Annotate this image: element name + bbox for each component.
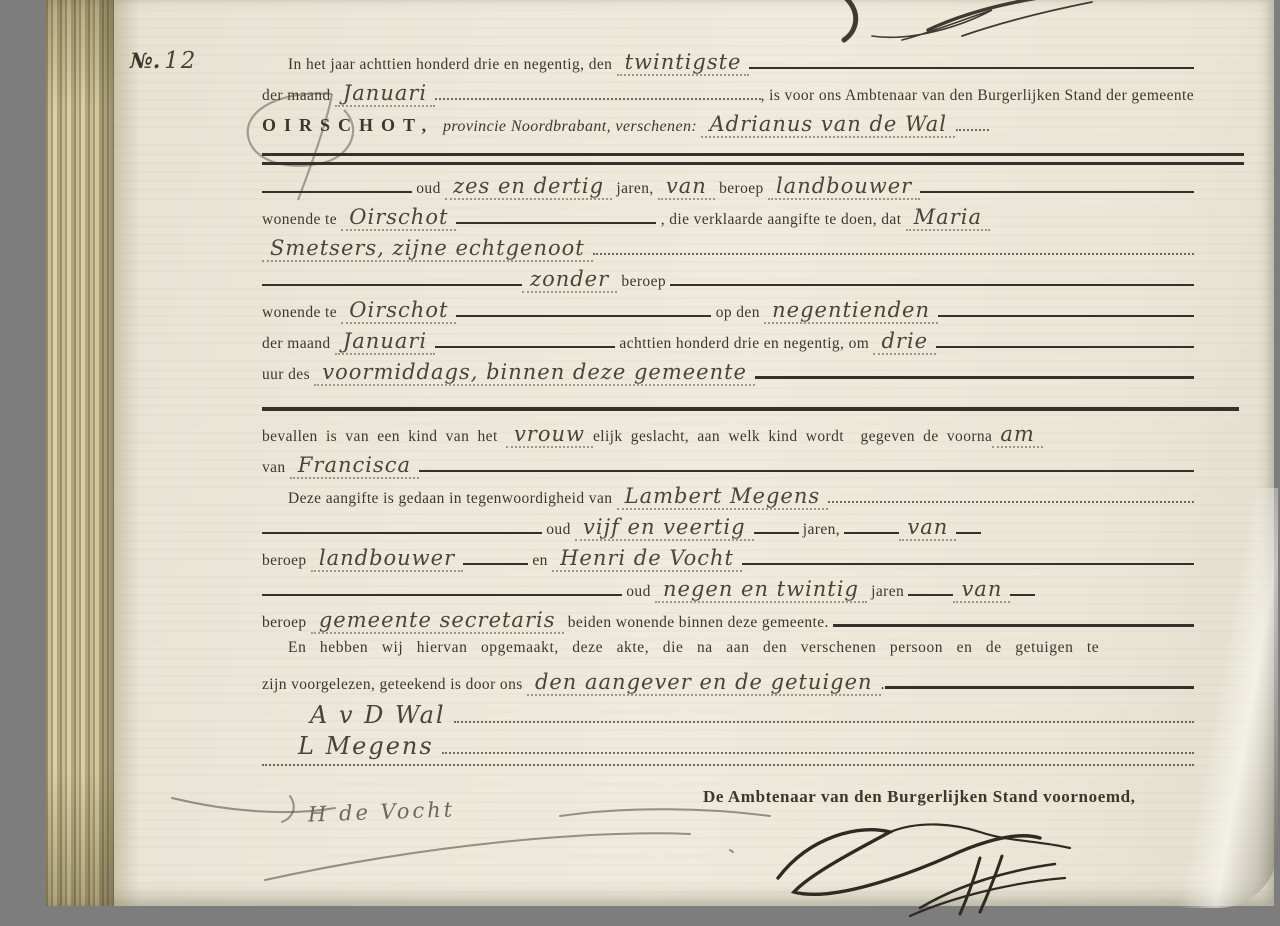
blank-fill	[938, 314, 1194, 317]
handwritten-entry: Francisca	[290, 453, 419, 479]
act-line: Smetsers, zijne echtgenoot	[262, 236, 1194, 267]
blank-fill	[456, 221, 656, 224]
printed-text: der maand	[262, 335, 335, 353]
blank-fill	[956, 531, 981, 534]
printed-text-italic: provincie Noordbrabant, verschenen:	[434, 118, 701, 136]
handwritten-entry: zonder	[522, 267, 617, 293]
act-line: der maand Januari achttien honderd drie …	[262, 329, 1194, 360]
printed-text: , die verklaarde aangifte te doen, dat	[656, 211, 905, 229]
handwritten-entry: negen en twintig	[655, 577, 867, 603]
act-number: №. 12	[130, 48, 197, 74]
dotted-fill	[442, 751, 1194, 754]
dotted-fill	[828, 500, 1194, 503]
blank-fill	[742, 562, 1194, 565]
handwritten-entry: Henri de Vocht	[552, 546, 742, 572]
printed-text: Deze aangifte is gedaan in tegenwoordigh…	[288, 490, 617, 508]
handwritten-entry: den aangever en de getuigen	[527, 670, 881, 696]
act-line: OIRSCHOT, provincie Noordbrabant, versch…	[262, 112, 1194, 143]
dotted-fill	[593, 252, 1194, 255]
printed-text: oud	[412, 180, 445, 198]
signature-text: L Megens	[290, 732, 442, 760]
dotted-fill	[959, 128, 989, 131]
printed-text: .	[955, 118, 959, 136]
act-line: zijn voorgelezen, geteekend is door ons …	[262, 670, 1194, 701]
blank-fill	[908, 593, 953, 596]
act-line: der maand Januari, is voor ons Ambtenaar…	[262, 81, 1194, 112]
handwritten-entry: gemeente secretaris	[311, 608, 564, 634]
blank-fill	[754, 531, 799, 534]
act-line: En hebben wij hiervan opgemaakt, deze ak…	[262, 639, 1194, 670]
blank-fill	[435, 345, 615, 348]
handwritten-entry: Januari	[335, 329, 435, 355]
printed-text: uur des	[262, 366, 314, 384]
act-number-label: №.	[130, 48, 160, 73]
blank-fill	[456, 314, 711, 317]
act-line: wonende te Oirschot op den negentienden	[262, 298, 1194, 329]
printed-text: beroep	[262, 552, 311, 570]
act-line: wonende te Oirschot , die verklaarde aan…	[262, 205, 1194, 236]
handwritten-entry: Adrianus van de Wal	[701, 112, 955, 138]
handwritten-entry: drie	[873, 329, 936, 355]
handwritten-entry: Lambert Megens	[617, 484, 829, 510]
printed-text: jaren	[867, 583, 909, 601]
handwritten-entry: van	[658, 174, 715, 200]
act-line: oud vijf en veertig jaren, van	[262, 515, 1194, 546]
printed-text: op den	[711, 304, 764, 322]
separator-rule	[262, 407, 1239, 411]
act-body: In het jaar achttien honderd drie en neg…	[262, 50, 1194, 794]
handwritten-entry: negentienden	[764, 298, 938, 324]
blank-fill	[1010, 593, 1035, 596]
printed-text: wonende te	[262, 211, 341, 229]
handwritten-entry: Oirschot	[341, 205, 456, 231]
blank-fill	[419, 469, 1194, 472]
handwritten-entry: van	[899, 515, 956, 541]
blank-fill	[920, 190, 1194, 193]
printed-text: oud	[542, 521, 575, 539]
printed-text: beiden wonende binnen deze gemeente.	[564, 614, 834, 632]
blank-fill	[936, 345, 1194, 348]
act-line: beroep landbouwer en Henri de Vocht	[262, 546, 1194, 577]
handwritten-entry: Smetsers, zijne echtgenoot	[262, 236, 593, 262]
handwritten-entry: twintigste	[617, 50, 750, 76]
act-line: uur des voormiddags, binnen deze gemeent…	[262, 360, 1194, 391]
blank-fill	[262, 531, 542, 534]
act-line: bevallen is van een kind van het vrouwel…	[262, 422, 1194, 453]
printed-text: jaren,	[612, 180, 658, 198]
printed-text: en	[528, 552, 552, 570]
blank-fill	[262, 593, 622, 596]
printed-text: beroep	[715, 180, 768, 198]
handwritten-entry: vijf en veertig	[575, 515, 754, 541]
handwritten-entry: zes en dertig	[445, 174, 612, 200]
blank-fill-heavy	[885, 686, 1194, 689]
printed-text: achttien honderd drie en negentig, om	[615, 335, 873, 353]
printed-text: elijk geslacht, aan welk kind wordt gege…	[593, 428, 992, 446]
pencil-flourish-strokes	[170, 772, 970, 892]
blank-fill	[262, 283, 522, 286]
handwritten-entry: am	[992, 422, 1042, 448]
blank-fill	[844, 531, 899, 534]
separator-rule	[262, 153, 1244, 165]
handwritten-entry: vrouw	[506, 422, 593, 448]
printed-text: wonende te	[262, 304, 341, 322]
act-line: van Francisca	[262, 453, 1194, 484]
printed-text: jaren,	[799, 521, 845, 539]
printed-text: .	[881, 676, 885, 694]
printed-text: , is voor ons Ambtenaar van den Burgerli…	[761, 87, 1194, 105]
handwritten-entry: landbouwer	[768, 174, 920, 200]
signature-text: A v D Wal	[302, 701, 454, 729]
top-signature-flourish	[842, 0, 1202, 48]
act-line: In het jaar achttien honderd drie en neg…	[262, 50, 1194, 81]
printed-text: In het jaar achttien honderd drie en neg…	[288, 56, 617, 74]
handwritten-entry: Maria	[906, 205, 990, 231]
printed-text: beroep	[262, 614, 311, 632]
printed-text: bevallen is van een kind van het	[262, 428, 506, 446]
act-number-value: 12	[164, 48, 197, 74]
printed-text: En hebben wij hiervan opgemaakt, deze ak…	[288, 639, 1099, 657]
act-line: zonder beroep	[262, 267, 1194, 298]
blank-fill	[463, 562, 528, 565]
printed-text: beroep	[617, 273, 670, 291]
act-line: oud zes en dertig jaren, van beroep land…	[262, 174, 1194, 205]
printed-text: oud	[622, 583, 655, 601]
scanner-background: { "colors":{ "surround":"#7d7d7d","paper…	[0, 0, 1280, 926]
act-line: beroep gemeente secretaris beiden wonend…	[262, 608, 1194, 639]
book-binding-edge	[46, 0, 114, 906]
blank-fill	[749, 66, 1194, 69]
blank-fill-heavy	[755, 376, 1194, 379]
act-line: L Megens	[262, 732, 1194, 763]
handwritten-entry: voormiddags, binnen deze gemeente	[314, 360, 755, 386]
printed-text: zijn voorgelezen, geteekend is door ons	[262, 676, 527, 694]
act-line: Deze aangifte is gedaan in tegenwoordigh…	[262, 484, 1194, 515]
handwritten-entry: van	[953, 577, 1010, 603]
dotted-fill	[454, 720, 1194, 723]
handwritten-entry: Januari	[335, 81, 435, 107]
blank-fill	[262, 190, 412, 193]
handwritten-entry: landbouwer	[311, 546, 463, 572]
act-line: oud negen en twintig jaren van	[262, 577, 1194, 608]
printed-text: der maand	[262, 87, 335, 105]
printed-text-spaced: OIRSCHOT,	[262, 115, 434, 136]
handwritten-entry: Oirschot	[341, 298, 456, 324]
dotted-fill	[435, 97, 760, 100]
dotted-fill	[262, 763, 1194, 766]
act-line: A v D Wal	[262, 701, 1194, 732]
printed-text: van	[262, 459, 290, 477]
page-edge-shading	[114, 0, 140, 906]
blank-fill	[670, 283, 1194, 286]
blank-fill-heavy	[833, 624, 1194, 627]
